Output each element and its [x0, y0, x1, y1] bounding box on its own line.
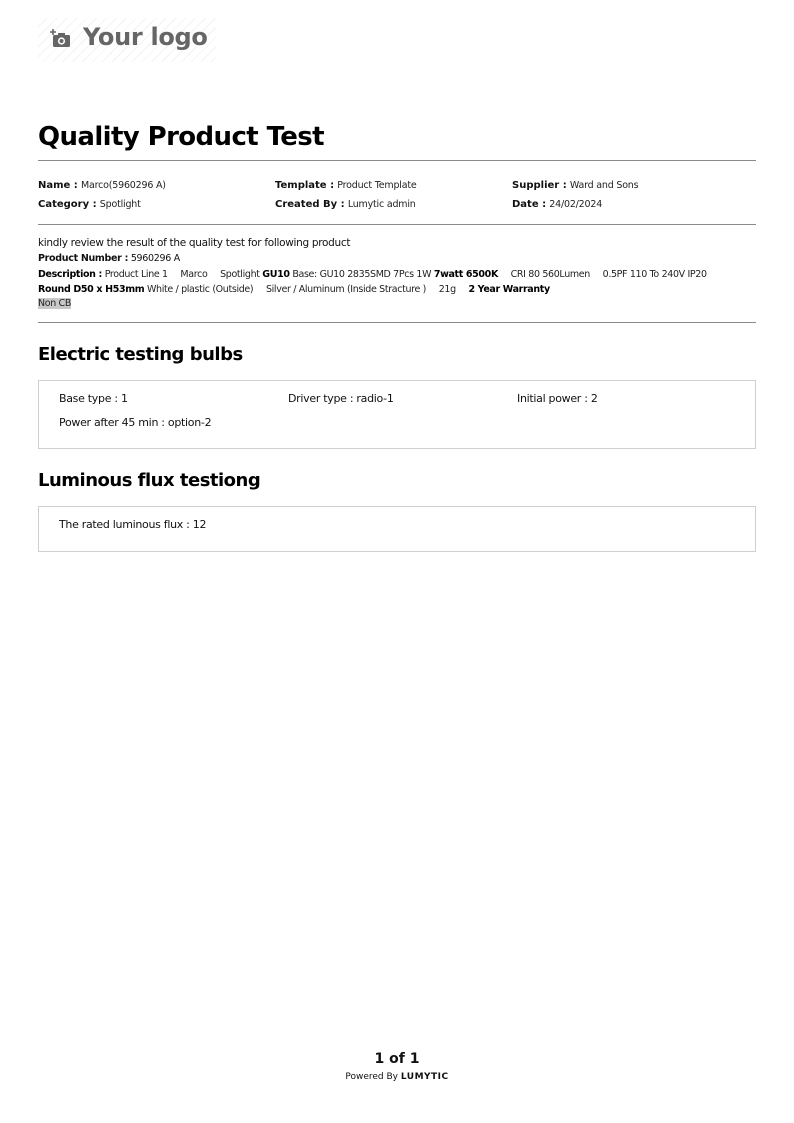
field-rated-luminous-flux: The rated luminous flux : 12	[59, 518, 206, 531]
page-title: Quality Product Test	[38, 122, 324, 152]
field-base-type: Base type : 1	[59, 392, 128, 405]
section-box-electric: Base type : 1 Driver type : radio-1 Init…	[38, 380, 756, 449]
section-title-luminous: Luminous flux testiong	[38, 470, 260, 491]
field-power-after-45: Power after 45 min : option-2	[59, 416, 211, 429]
meta-category: Category : Spotlight	[38, 199, 275, 210]
camera-plus-icon	[50, 28, 72, 48]
meta-divider	[38, 224, 756, 225]
meta-template: Template : Product Template	[275, 180, 512, 191]
meta-date: Date : 24/02/2024	[512, 199, 749, 210]
company-logo-placeholder: Your logo	[38, 18, 216, 62]
meta-name: Name : Marco(5960296 A)	[38, 180, 275, 191]
brand-name: LUMYTIC	[401, 1072, 449, 1082]
field-driver-type: Driver type : radio-1	[288, 392, 394, 405]
meta-created-by: Created By : Lumytic admin	[275, 199, 512, 210]
page-number: 1 of 1	[0, 1051, 794, 1067]
product-number: Product Number : 5960296 A	[38, 253, 180, 264]
meta-supplier: Supplier : Ward and Sons	[512, 180, 749, 191]
section-title-electric: Electric testing bulbs	[38, 344, 243, 365]
section-box-luminous: The rated luminous flux : 12	[38, 506, 756, 552]
description-divider	[38, 322, 756, 323]
report-metadata: Name : Marco(5960296 A) Template : Produ…	[38, 176, 756, 214]
title-divider	[38, 160, 756, 161]
intro-text: kindly review the result of the quality …	[38, 237, 756, 249]
logo-text: Your logo	[83, 23, 208, 51]
non-cb-highlight: Non CB	[38, 298, 71, 309]
field-initial-power: Initial power : 2	[517, 392, 598, 405]
powered-by: Powered By LUMYTIC	[0, 1072, 794, 1082]
product-description: Description : Product Line 1 Marco Spotl…	[38, 268, 756, 312]
